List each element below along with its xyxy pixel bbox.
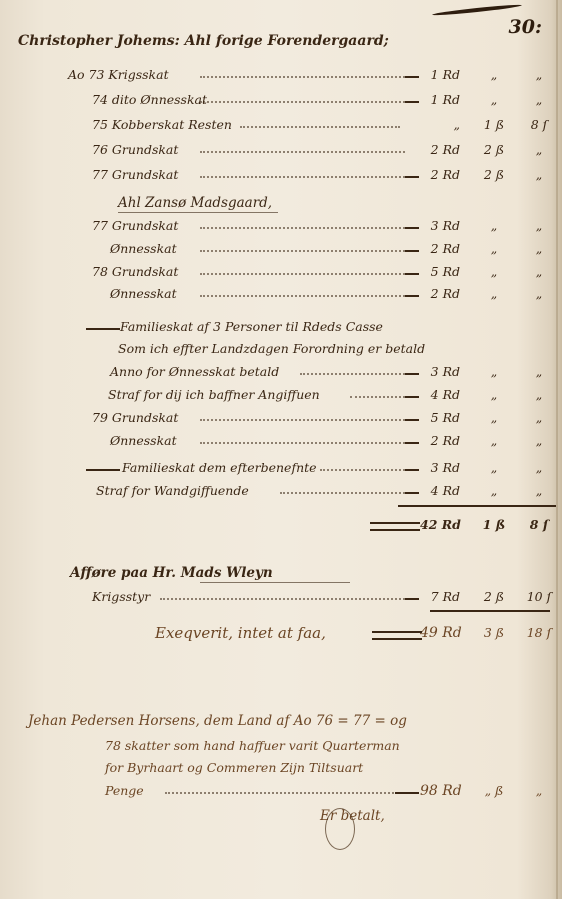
manuscript-page: 30: Christopher Johems: Ahl forige Foren… <box>0 0 562 899</box>
leader-dots <box>200 227 405 229</box>
leader-dots <box>200 295 405 297</box>
leader-dots <box>200 101 405 103</box>
leader-dots <box>200 273 405 275</box>
entry1-subheading: Ahl Zansø Madsgaard, <box>0 192 562 214</box>
leader-dots <box>200 176 405 178</box>
entry3-line-1: Jehan Pedersen Horsens, dem Land af Ao 7… <box>0 710 562 732</box>
familieskat-note-line-2: Som ich effter Landzdagen Forordning er … <box>0 338 562 360</box>
leader-dots <box>200 76 405 78</box>
ledger-row: 74 dito Ønnesskat 1 Rd „ „ <box>0 89 562 111</box>
ledger-row: Ønnesskat 2 Rd „ „ <box>0 430 562 452</box>
entry1-total: 42 Rd 1 ß 8 ſ <box>0 514 562 536</box>
entry3-line-2: 78 skatter som hand haffuer varit Quarte… <box>0 735 562 757</box>
ledger-row: Straf for Wandgiffuende 4 Rd „ „ <box>0 480 562 502</box>
sum-rule <box>430 610 550 612</box>
ledger-row: Straf for dij ich baffner Angiffuen 4 Rd… <box>0 384 562 406</box>
paid-flourish <box>325 808 355 850</box>
entry2-heading: Afføre paa Hr. Mads Wleyn <box>0 562 562 584</box>
ledger-row: 78 Grundskat 5 Rd „ „ <box>0 261 562 283</box>
familieskat-note-line-1: Familieskat af 3 Personer til Rdeds Cass… <box>0 316 562 338</box>
leader-dots <box>200 419 405 421</box>
ledger-row: 79 Grundskat 5 Rd „ „ <box>0 407 562 429</box>
leader-dots <box>350 396 405 398</box>
folio-flourish <box>432 3 522 16</box>
ledger-row: Ønnesskat 2 Rd „ „ <box>0 238 562 260</box>
entry3-line-4: Penge 98 Rd „ ß „ <box>0 780 562 802</box>
leader-dots <box>160 598 405 600</box>
ledger-row: 77 Grundskat 3 Rd „ „ <box>0 215 562 237</box>
ledger-row: 75 Kobberskat Resten „ 1 ß 8 ſ <box>0 114 562 136</box>
leader-dots <box>200 151 405 153</box>
sum-rule <box>398 505 556 507</box>
total-double-rule <box>372 631 422 640</box>
ledger-row: 76 Grundskat 2 Rd 2 ß „ <box>0 139 562 161</box>
ledger-row: Anno for Ønnesskat betald 3 Rd „ „ <box>0 361 562 383</box>
entry3-line-3: for Byrhaart og Commeren Zijn Tiltsuart <box>0 757 562 779</box>
ledger-row: Krigsstyr 7 Rd 2 ß 10 ſ <box>0 586 562 608</box>
leader-dots <box>200 250 405 252</box>
entry1-heading: Christopher Johems: Ahl forige Forenderg… <box>0 30 562 52</box>
underline <box>118 212 278 213</box>
ledger-row: Ønnesskat 2 Rd „ „ <box>0 283 562 305</box>
ledger-row: 77 Grundskat 2 Rd 2 ß „ <box>0 164 562 186</box>
leader-dots <box>200 442 405 444</box>
exeqverit-row: Exeqverit, intet at faa, 49 Rd 3 ß 18 ſ <box>0 622 562 644</box>
leader-dots <box>300 373 405 375</box>
ledger-row: Ao 73 Krigsskat 1 Rd „ „ <box>0 64 562 86</box>
leader-dots <box>320 469 405 471</box>
leader-dots <box>165 792 405 794</box>
leader-dots <box>280 492 405 494</box>
underline <box>200 582 350 583</box>
ledger-row: Familieskat dem efterbenefnte 3 Rd „ „ <box>0 457 562 479</box>
leader-dots <box>240 126 400 128</box>
paid-note: Er betalt, <box>0 805 562 827</box>
